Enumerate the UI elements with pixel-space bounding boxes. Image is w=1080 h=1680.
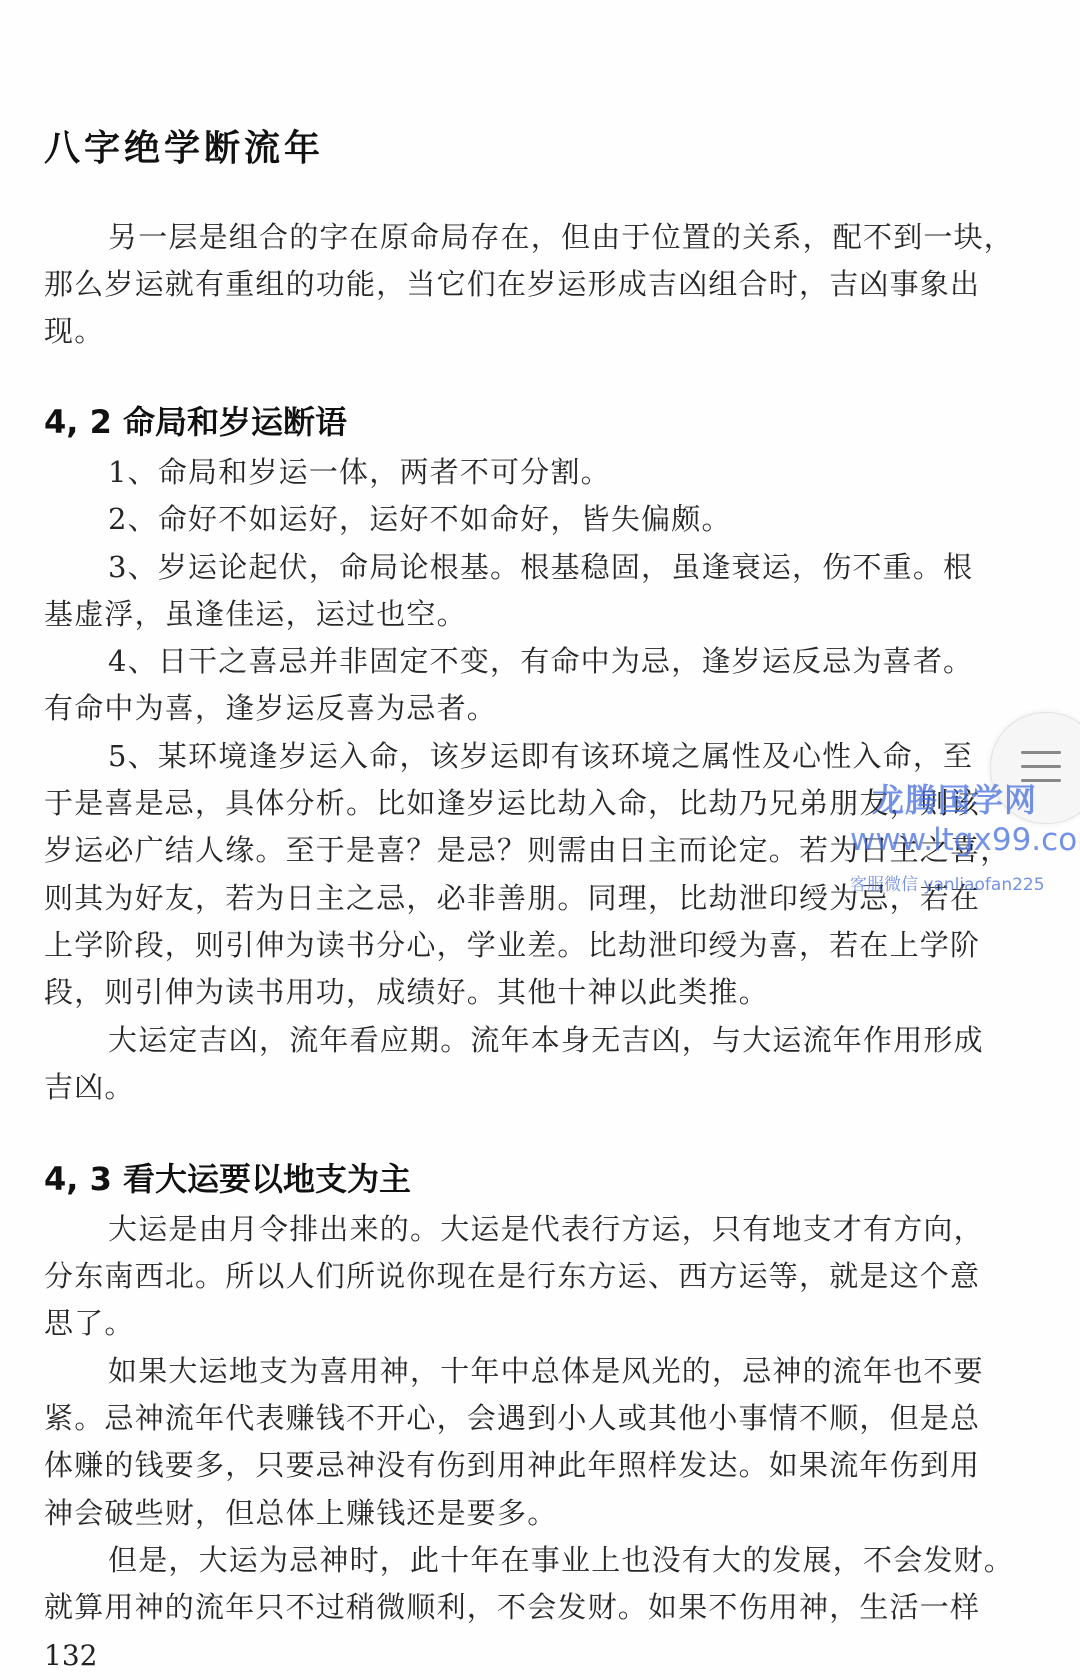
watermark-site-name: 龙腾国学网: [872, 775, 1037, 821]
section-heading-4-3: 4, 3 看大运要以地支为主: [44, 1160, 411, 1198]
paragraph-line: 另一层是组合的字在原命局存在，但由于位置的关系，配不到一块，: [108, 220, 1014, 254]
paragraph-line: 大运是由月令排出来的。大运是代表行方运，只有地支才有方向，: [108, 1212, 984, 1246]
paragraph-line: 大运定吉凶，流年看应期。流年本身无吉凶，与大运流年作用形成: [108, 1023, 984, 1057]
paragraph-line: 就算用神的流年只不过稍微顺利，不会发财。如果不伤用神，生活一样: [44, 1590, 980, 1624]
list-item-3: 3、岁运论起伏，命局论根基。根基稳固，虽逢衰运，伤不重。根: [108, 550, 973, 584]
paragraph-line: 上学阶段，则引伸为读书分心，学业差。比劫泄印绶为喜，若在上学阶: [44, 928, 980, 962]
list-item-5: 5、某环境逢岁运入命，该岁运即有该环境之属性及心性入命，至: [108, 739, 973, 773]
paragraph-line: 基虚浮，虽逢佳运，运过也空。: [44, 597, 467, 631]
paragraph-line: 但是，大运为忌神时，此十年在事业上也没有大的发展，不会发财。: [108, 1543, 1014, 1577]
paragraph-line: 神会破些财，但总体上赚钱还是要多。: [44, 1496, 557, 1530]
paragraph-line: 吉凶。: [44, 1070, 135, 1104]
paragraph-line: 现。: [44, 314, 104, 348]
paragraph-line: 紧。忌神流年代表赚钱不开心，会遇到小人或其他小事情不顺，但是总: [44, 1401, 980, 1435]
list-item-1: 1、命局和岁运一体，两者不可分割。: [108, 455, 611, 489]
paragraph-line: 如果大运地支为喜用神，十年中总体是风光的，忌神的流年也不要: [108, 1354, 984, 1388]
document-page: 八字绝学断流年 另一层是组合的字在原命局存在，但由于位置的关系，配不到一块， 那…: [0, 0, 1080, 1680]
section-heading-4-2: 4, 2 命局和岁运断语: [44, 403, 347, 441]
watermark-wechat: 客服微信 yanliaofan225: [850, 870, 1045, 895]
paragraph-line: 那么岁运就有重组的功能，当它们在岁运形成吉凶组合时，吉凶事象出: [44, 267, 980, 301]
paragraph-line: 于是喜是忌，具体分析。比如逢岁运比劫入命，比劫乃兄弟朋友，则该: [44, 786, 980, 820]
paragraph-line: 分东南西北。所以人们所说你现在是行东方运、西方运等，就是这个意: [44, 1259, 980, 1293]
paragraph-line: 段，则引伸为读书用功，成绩好。其他十神以此类推。: [44, 975, 769, 1009]
running-head: 八字绝学断流年: [44, 120, 324, 171]
paragraph-line: 则其为好友，若为日主之忌，必非善朋。同理，比劫泄印绶为忌，若在: [44, 881, 980, 915]
paragraph-line: 有命中为喜，逢岁运反喜为忌者。: [44, 691, 497, 725]
watermark-url: www.ltgx99.com: [850, 822, 1080, 858]
list-item-4: 4、日干之喜忌并非固定不变，有命中为忌，逢岁运反忌为喜者。: [108, 644, 973, 678]
paragraph-line: 体赚的钱要多，只要忌神没有伤到用神此年照样发达。如果流年伤到用: [44, 1448, 980, 1482]
page-number: 132: [44, 1640, 97, 1672]
paragraph-line: 思了。: [44, 1306, 135, 1340]
list-item-2: 2、命好不如运好，运好不如命好，皆失偏颇。: [108, 502, 732, 536]
